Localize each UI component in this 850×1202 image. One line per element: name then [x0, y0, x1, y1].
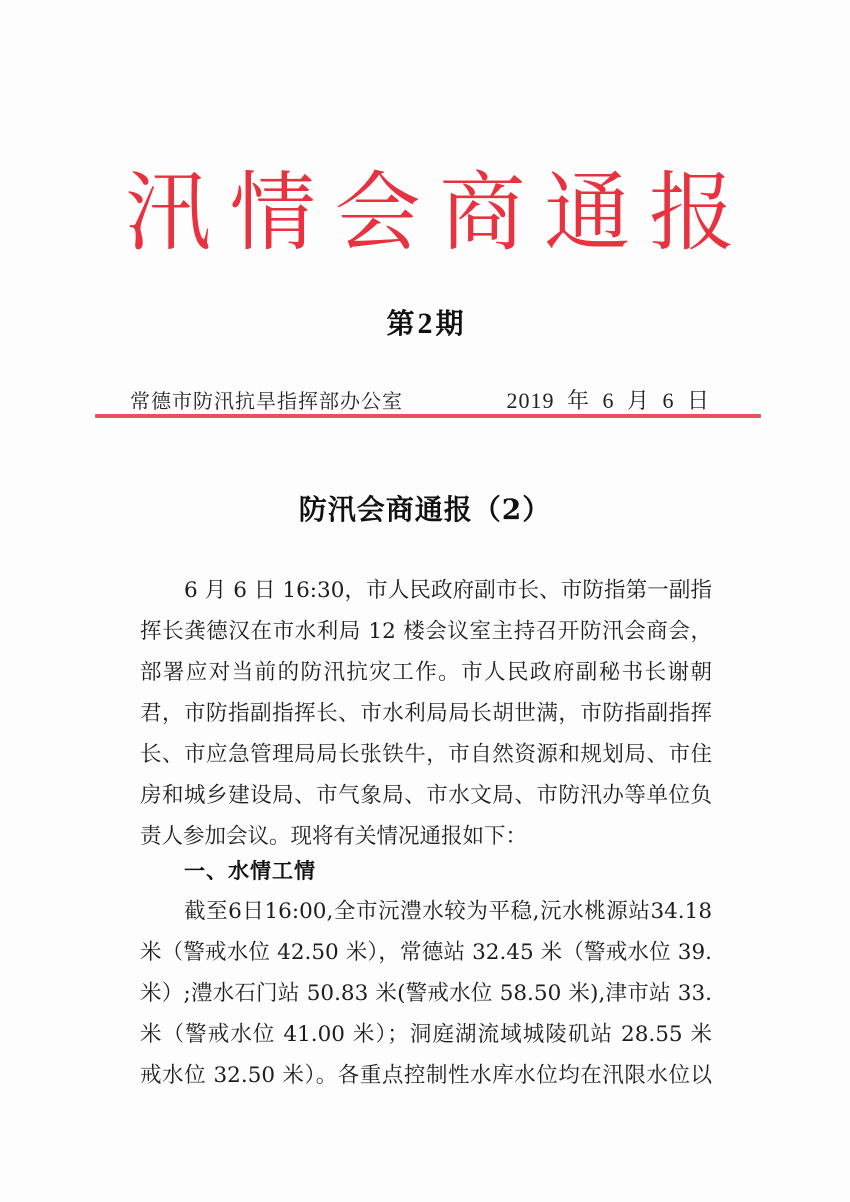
document-title: 防汛会商通报（2） [0, 490, 850, 530]
issue-suffix: 期 [436, 307, 464, 340]
issuer-row: 常德市防汛抗旱指挥部办公室 2019 年 6 月 6 日 [130, 386, 710, 416]
red-divider-rule [95, 414, 761, 418]
masthead-title: 汛 情 会 商 通 报 [120, 158, 740, 268]
masthead-char: 会 [330, 170, 426, 256]
masthead-char: 通 [539, 170, 635, 256]
paragraph-line: 戒水位 32.50 米）。各重点控制性水库水位均在汛限水位以 [140, 1061, 712, 1091]
paragraph-line: 米（警戒水位 42.50 米），常德站 32.45 米（警戒水位 39.00 [140, 938, 712, 968]
masthead-char: 情 [225, 170, 321, 256]
paragraph-line: 6 月 6 日 16:30，市人民政府副市长、市防指第一副指 [184, 576, 712, 606]
issuer-name: 常德市防汛抗旱指挥部办公室 [130, 386, 403, 416]
issue-prefix: 第 [386, 307, 414, 340]
paragraph-line: 君，市防指副指挥长、市水利局局长胡世满，市防指副指挥 [140, 699, 712, 729]
masthead-char: 报 [644, 170, 740, 256]
paragraph-line: 长、市应急管理局局长张铁牛，市自然资源和规划局、市住 [140, 740, 712, 770]
masthead-char: 汛 [120, 170, 216, 256]
paragraph-line: 米（警戒水位 41.00 米）；洞庭湖流域城陵矶站 28.55 米（警 [140, 1020, 712, 1050]
issue-date: 2019 年 6 月 6 日 [506, 386, 710, 416]
issue-number-value: 2 [418, 307, 433, 340]
paragraph-line: 米）;澧水石门站 50.83 米(警戒水位 58.50 米),津市站 33.13 [140, 979, 712, 1009]
paragraph-line: 部署应对当前的防汛抗灾工作。市人民政府副秘书长谢朝 [140, 658, 712, 688]
document-page: 汛 情 会 商 通 报 第2期 常德市防汛抗旱指挥部办公室 2019 年 6 月… [0, 0, 850, 1202]
paragraph-line: 截至6日16:00,全市沅澧水较为平稳,沅水桃源站34.18 [184, 897, 712, 927]
masthead-char: 商 [434, 170, 530, 256]
section-heading: 一、水情工情 [184, 856, 316, 886]
paragraph-line: 挥长龚德汉在市水利局 12 楼会议室主持召开防汛会商会， [140, 617, 712, 647]
paragraph-line: 房和城乡建设局、市气象局、市水文局、市防汛办等单位负 [140, 781, 712, 811]
paragraph-line: 责人参加会议。现将有关情况通报如下： [140, 822, 712, 852]
issue-number: 第2期 [0, 304, 850, 344]
